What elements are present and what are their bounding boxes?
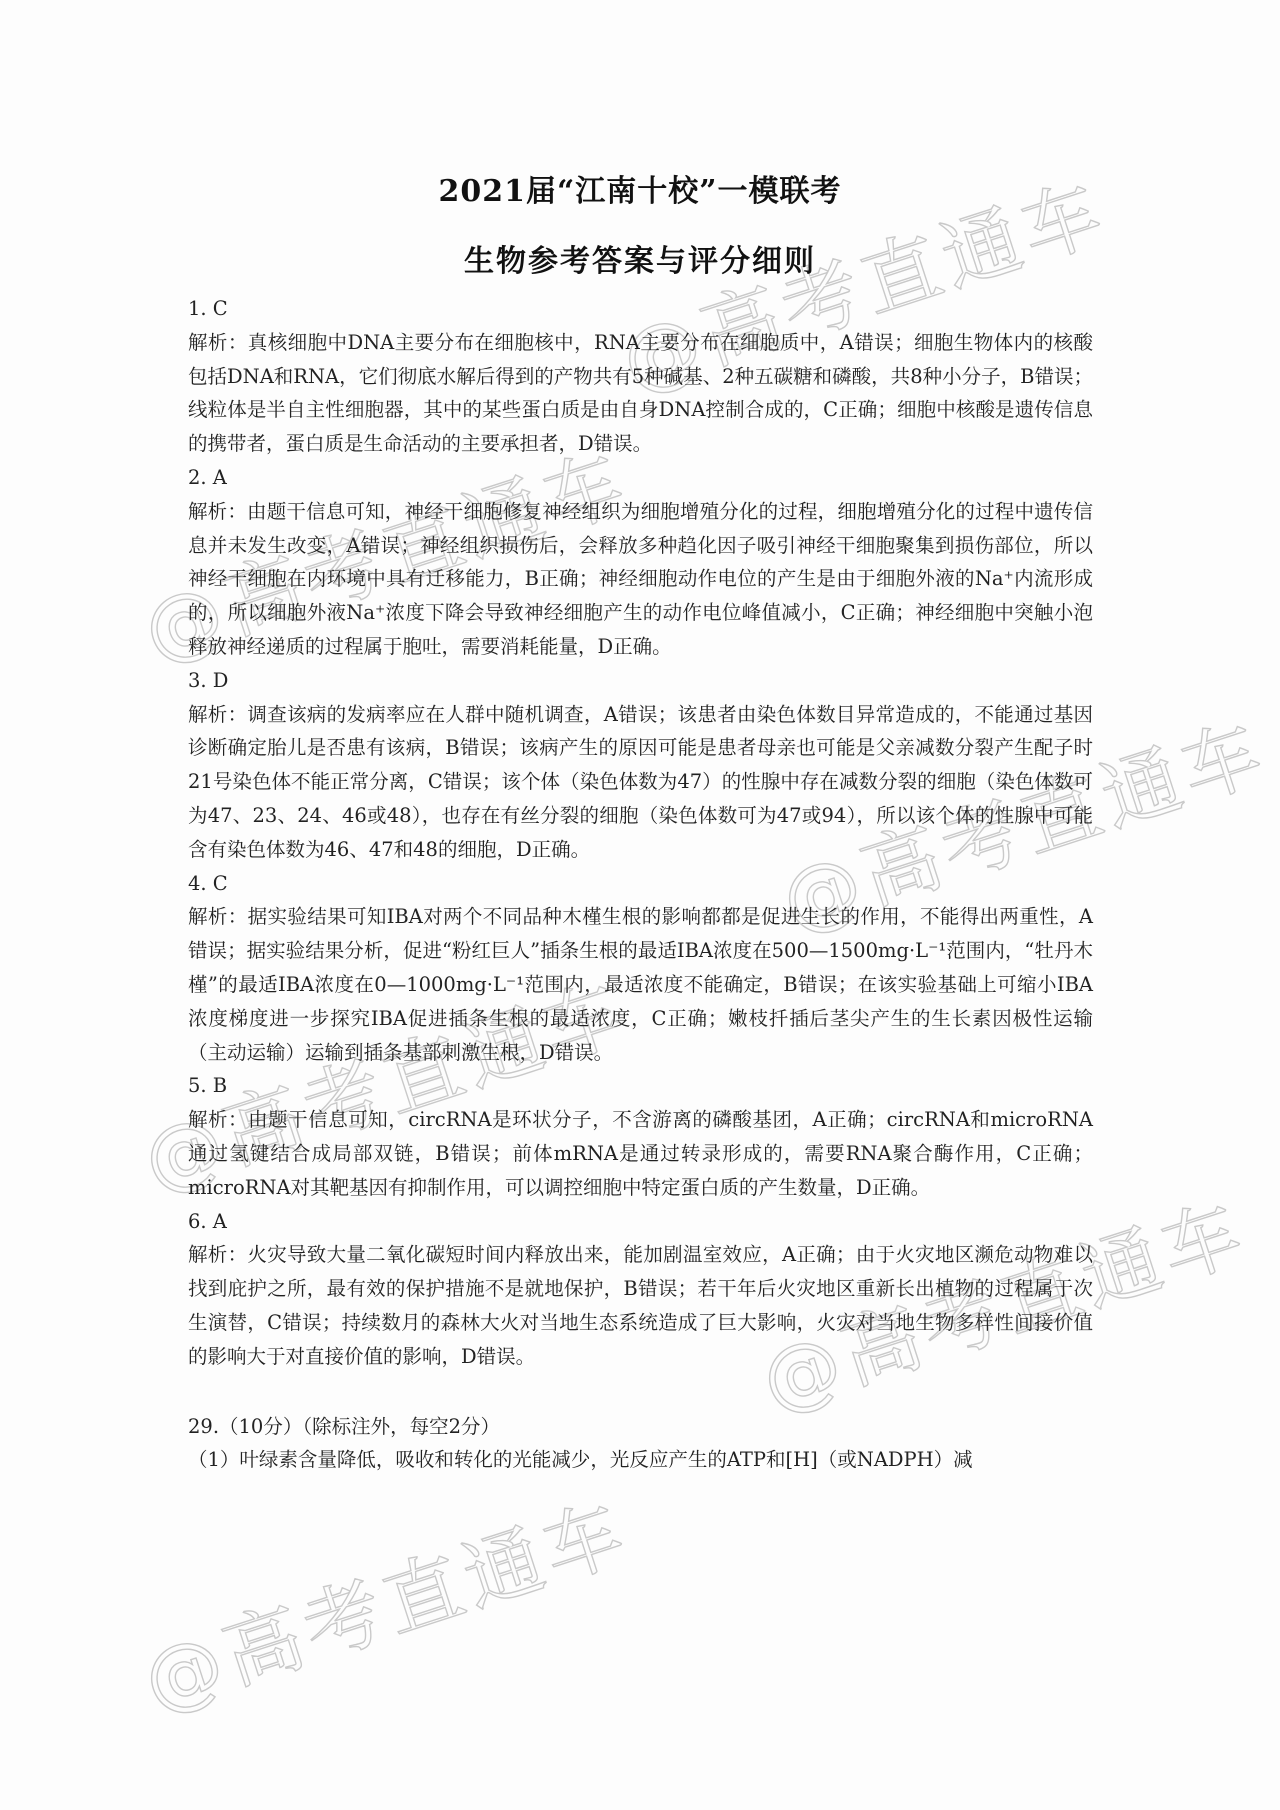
question-5: 5. B 解析：由题干信息可知，circRNA是环状分子，不含游离的磷酸基团，A…: [188, 1069, 1093, 1204]
question-answer: 6. A: [188, 1205, 1093, 1239]
section-header: 29.（10分）（除标注外，每空2分）: [188, 1410, 1093, 1444]
section-part-1: （1）叶绿素含量降低，吸收和转化的光能减少，光反应产生的ATP和[H]（或NAD…: [188, 1443, 1093, 1477]
question-29: 29.（10分）（除标注外，每空2分） （1）叶绿素含量降低，吸收和转化的光能减…: [188, 1410, 1093, 1478]
question-analysis: 解析：由题干信息可知，circRNA是环状分子，不含游离的磷酸基团，A正确；ci…: [188, 1103, 1093, 1204]
question-6: 6. A 解析：火灾导致大量二氧化碳短时间内释放出来，能加剧温室效应，A正确；由…: [188, 1205, 1093, 1374]
answer-content: 1. C 解析：真核细胞中DNA主要分布在细胞核中，RNA主要分布在细胞质中，A…: [188, 292, 1093, 1477]
question-analysis: 解析：据实验结果可知IBA对两个不同品种木槿生根的影响都都是促进生长的作用，不能…: [188, 900, 1093, 1069]
question-4: 4. C 解析：据实验结果可知IBA对两个不同品种木槿生根的影响都都是促进生长的…: [188, 867, 1093, 1070]
question-analysis: 解析：由题干信息可知，神经干细胞修复神经组织为细胞增殖分化的过程，细胞增殖分化的…: [188, 495, 1093, 664]
question-3: 3. D 解析：调查该病的发病率应在人群中随机调查，A错误；该患者由染色体数目异…: [188, 664, 1093, 867]
section-spacer: [188, 1374, 1093, 1410]
question-answer: 5. B: [188, 1069, 1093, 1103]
question-analysis: 解析：调查该病的发病率应在人群中随机调查，A错误；该患者由染色体数目异常造成的，…: [188, 698, 1093, 867]
question-1: 1. C 解析：真核细胞中DNA主要分布在细胞核中，RNA主要分布在细胞质中，A…: [188, 292, 1093, 461]
question-analysis: 解析：真核细胞中DNA主要分布在细胞核中，RNA主要分布在细胞质中，A错误；细胞…: [188, 326, 1093, 461]
document-title: 2021届“江南十校”一模联考: [0, 166, 1280, 210]
question-answer: 1. C: [188, 292, 1093, 326]
document-subtitle: 生物参考答案与评分细则: [0, 236, 1280, 280]
watermark: @高考直通车: [127, 1470, 641, 1732]
question-analysis: 解析：火灾导致大量二氧化碳短时间内释放出来，能加剧温室效应，A正确；由于火灾地区…: [188, 1238, 1093, 1373]
question-answer: 3. D: [188, 664, 1093, 698]
question-answer: 2. A: [188, 461, 1093, 495]
question-2: 2. A 解析：由题干信息可知，神经干细胞修复神经组织为细胞增殖分化的过程，细胞…: [188, 461, 1093, 664]
answer-key-page: @高考直通车 @高考直通车 @高考直通车 @高考直通车 @高考直通车 @高考直通…: [0, 0, 1280, 1810]
question-answer: 4. C: [188, 867, 1093, 901]
